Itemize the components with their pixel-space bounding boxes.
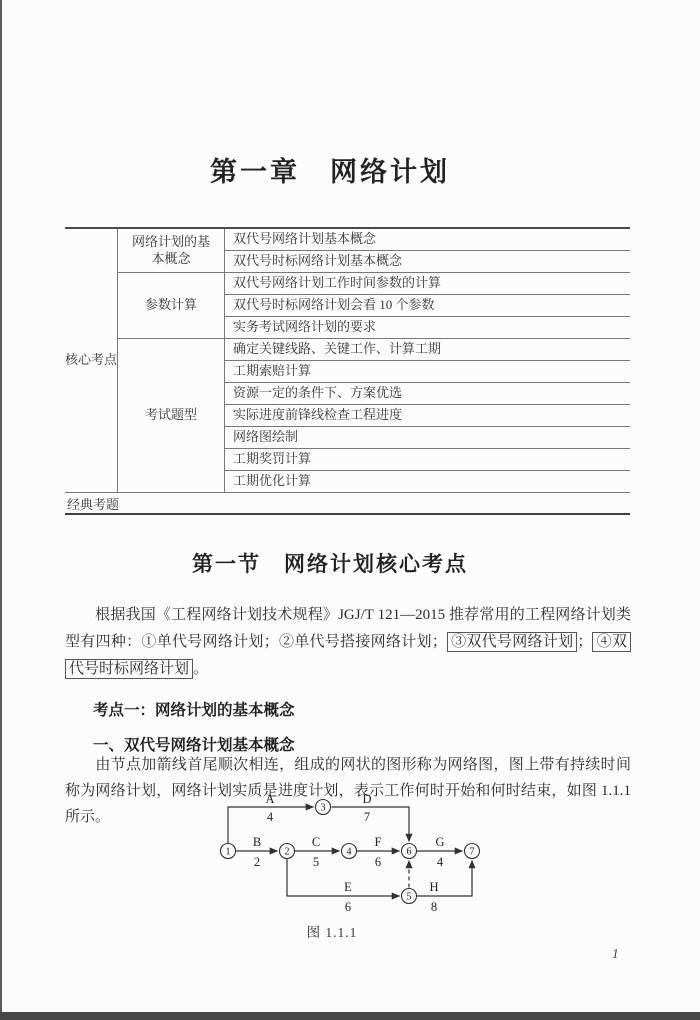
table-cell: 双代号时标网络计划会看 10 个参数 xyxy=(225,295,631,317)
edge-duration: 4 xyxy=(267,810,274,824)
table-row: 考试题型 确定关键线路、关键工作、计算工期 xyxy=(65,339,630,361)
intro-period: 。 xyxy=(193,661,208,677)
edge-name: A xyxy=(265,792,274,806)
edge-name: E xyxy=(344,880,352,894)
core-points-table-wrap: 核心考点 网络计划的基本概念 双代号网络计划基本概念 双代号时标网络计划基本概念… xyxy=(65,227,630,515)
table-cell: 确定关键线路、关键工作、计算工期 xyxy=(225,339,631,361)
classic-questions-row: 经典考题 xyxy=(65,493,630,515)
group-label-basic-concepts: 网络计划的基本概念 xyxy=(118,229,225,273)
edge-duration: 6 xyxy=(375,855,381,869)
edge-name: C xyxy=(312,835,320,849)
intro-separator: ； xyxy=(577,634,592,650)
network-diagram-svg: 1 2 3 4 5 6 7 A 4 D 7 B 2 C 5 F 6 G 4 xyxy=(180,792,484,914)
edge-duration: 5 xyxy=(313,855,319,869)
edge-name: G xyxy=(435,835,444,849)
edge-duration: 4 xyxy=(437,855,444,869)
group-label-parameter-calc: 参数计算 xyxy=(118,273,225,339)
boxed-type3-highlight: ③双代号网络计划 xyxy=(447,632,578,652)
core-points-table: 核心考点 网络计划的基本概念 双代号网络计划基本概念 双代号时标网络计划基本概念… xyxy=(65,229,630,493)
table-cell: 实际进度前锋线检查工程进度 xyxy=(225,405,631,427)
edge-name: F xyxy=(375,835,382,849)
network-diagram: 1 2 3 4 5 6 7 A 4 D 7 B 2 C 5 F 6 G 4 xyxy=(180,792,484,914)
table-cell: 工期优化计算 xyxy=(225,471,631,493)
edge-duration: 8 xyxy=(431,900,437,914)
table-left-header: 核心考点 xyxy=(65,229,118,493)
scan-bottom-edge xyxy=(0,1012,700,1020)
edge-H-line xyxy=(417,861,473,897)
table-cell: 实务考试网络计划的要求 xyxy=(225,317,631,339)
table-cell: 资源一定的条件下、方案优选 xyxy=(225,383,631,405)
table-row: 参数计算 双代号网络计划工作时间参数的计算 xyxy=(65,273,630,295)
node-label: 5 xyxy=(407,892,412,903)
edge-duration: 7 xyxy=(364,810,370,824)
scanned-textbook-page: 第一章 网络计划 核心考点 网络计划的基本概念 双代号网络计划基本概念 双代号时… xyxy=(0,0,700,1020)
edge-name: H xyxy=(429,880,438,894)
edge-name: B xyxy=(253,835,261,849)
table-cell: 双代号时标网络计划基本概念 xyxy=(225,251,631,273)
node-label: 2 xyxy=(285,847,290,858)
chapter-title: 第一章 网络计划 xyxy=(0,150,660,189)
table-cell: 工期奖罚计算 xyxy=(225,449,631,471)
table-row: 核心考点 网络计划的基本概念 双代号网络计划基本概念 xyxy=(65,229,630,251)
table-cell: 工期索赔计算 xyxy=(225,361,631,383)
node-label: 7 xyxy=(470,847,475,858)
table-cell: 网络图绘制 xyxy=(225,427,631,449)
intro-paragraph: 根据我国《工程网络计划技术规程》JGJ/T 121—2015 推荐常用的工程网络… xyxy=(65,602,631,683)
table-cell: 双代号网络计划工作时间参数的计算 xyxy=(225,273,631,295)
edge-duration: 6 xyxy=(345,900,351,914)
edge-name: D xyxy=(362,792,371,806)
group-label-exam-question-types: 考试题型 xyxy=(118,339,225,493)
node-label: 4 xyxy=(347,847,352,858)
figure-caption: 图 1.1.1 xyxy=(180,921,484,941)
node-label: 1 xyxy=(226,847,231,858)
page-number: 1 xyxy=(612,946,619,962)
node-label: 3 xyxy=(321,803,326,814)
node-label: 6 xyxy=(407,847,412,858)
edge-D-line xyxy=(332,807,410,842)
heading-exam-point-1: 考点一：网络计划的基本概念 xyxy=(93,698,295,720)
section-title: 第一节 网络计划核心考点 xyxy=(0,548,660,578)
table-cell: 双代号网络计划基本概念 xyxy=(225,229,631,251)
edge-duration: 2 xyxy=(254,855,260,869)
